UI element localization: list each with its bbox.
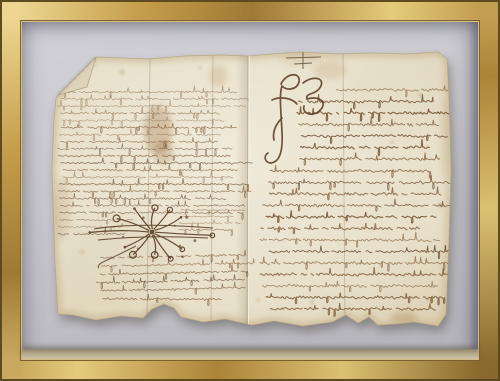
- manuscript-scene: [0, 0, 500, 381]
- framed-manuscript-photo: Framed antique handwritten manuscript: a…: [0, 0, 500, 381]
